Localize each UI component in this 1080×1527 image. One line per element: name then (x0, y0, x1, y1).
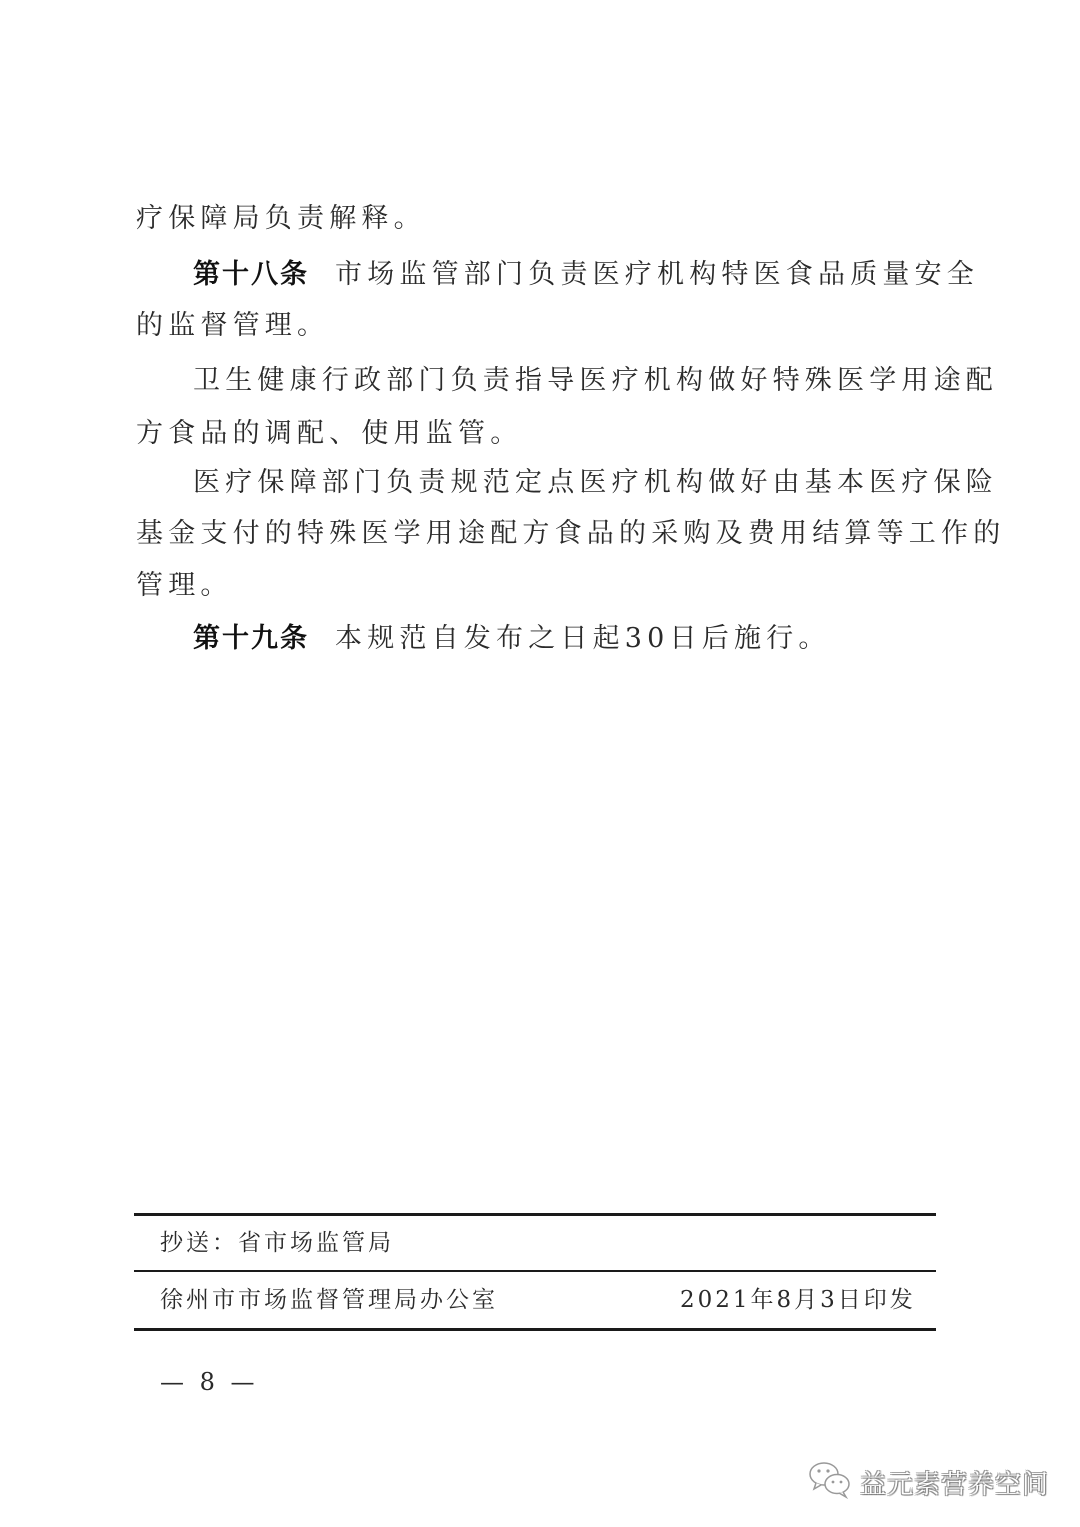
footer-top-rule (134, 1213, 936, 1216)
paragraph-text: 的监督管理。 (136, 310, 329, 341)
paragraph-text: 市场监管部门负责医疗机构特医食品质量安全 (335, 259, 979, 290)
wechat-icon (808, 1460, 852, 1504)
paragraph-text: 管理。 (136, 570, 233, 601)
paragraph-line: 基金支付的特殊医学用途配方食品的采购及费用结算等工作的 (136, 517, 936, 551)
page-number: — 8 — (160, 1367, 259, 1397)
paragraph-line: 的监督管理。 (136, 309, 936, 343)
paragraph-text: 疗保障局负责解释。 (136, 203, 426, 234)
article-heading: 第十九条 (193, 623, 309, 654)
paragraph-line: 管理。 (136, 569, 936, 603)
document-page: 疗保障局负责解释。 第十八条市场监管部门负责医疗机构特医食品质量安全 的监督管理… (0, 0, 1080, 1527)
paragraph-health-dept: 卫生健康行政部门负责指导医疗机构做好特殊医学用途配 (193, 364, 936, 398)
article-heading: 第十八条 (193, 259, 309, 290)
paragraph-text: 本规范自发布之日起30日后施行。 (335, 623, 831, 654)
paragraph-text: 卫生健康行政部门负责指导医疗机构做好特殊医学用途配 (193, 365, 998, 396)
article-18: 第十八条市场监管部门负责医疗机构特医食品质量安全 (193, 258, 936, 292)
issuer: 徐州市市场监督管理局办公室 (160, 1285, 498, 1315)
article-19: 第十九条本规范自发布之日起30日后施行。 (193, 622, 936, 656)
paragraph-medical-security: 医疗保障部门负责规范定点医疗机构做好由基本医疗保险 (193, 466, 936, 500)
paragraph-continuation: 疗保障局负责解释。 (136, 202, 936, 236)
paragraph-text: 医疗保障部门负责规范定点医疗机构做好由基本医疗保险 (193, 467, 998, 498)
paragraph-text: 方食品的调配、使用监管。 (136, 418, 522, 449)
footer-middle-rule (134, 1270, 936, 1272)
issue-date: 2021年8月3日印发 (680, 1285, 916, 1315)
cc-line: 抄送：省市场监管局 (160, 1228, 394, 1258)
watermark-text: 益元素营养空间 (860, 1464, 1049, 1501)
watermark: 益元素营养空间 (808, 1460, 1049, 1504)
footer-bottom-rule (134, 1328, 936, 1331)
paragraph-line: 方食品的调配、使用监管。 (136, 417, 936, 451)
paragraph-text: 基金支付的特殊医学用途配方食品的采购及费用结算等工作的 (136, 518, 1005, 549)
